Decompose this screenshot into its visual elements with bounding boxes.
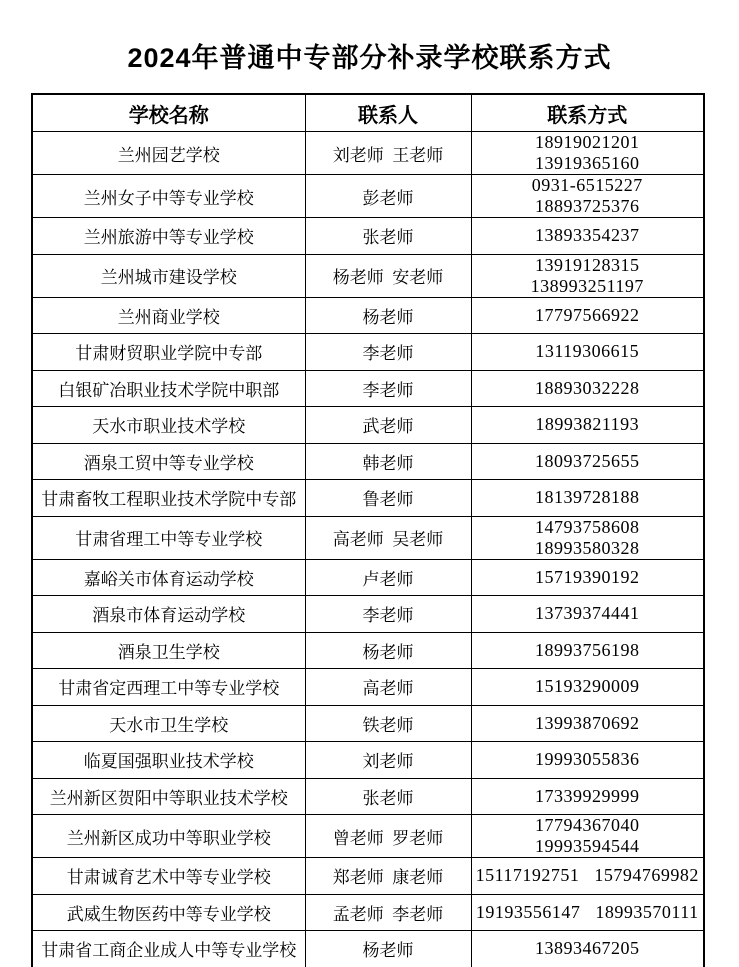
page-title: 2024年普通中专部分补录学校联系方式	[0, 36, 739, 75]
phone-cell: 13893354237	[471, 218, 704, 255]
school-cell: 甘肃诚育艺术中等专业学校	[32, 858, 305, 895]
school-cell: 甘肃财贸职业学院中专部	[32, 334, 305, 371]
phone-cell: 17794367040 19993594544	[471, 815, 704, 858]
phone-cell: 0931-6515227 18893725376	[471, 175, 704, 218]
school-cell: 天水市卫生学校	[32, 705, 305, 742]
table-row: 嘉峪关市体育运动学校 卢老师 15719390192	[32, 559, 704, 596]
school-cell: 嘉峪关市体育运动学校	[32, 559, 305, 596]
table-row: 甘肃省工商企业成人中等专业学校 杨老师 13893467205	[32, 931, 704, 967]
contact-cell: 郑老师 康老师	[305, 858, 471, 895]
column-header-school: 学校名称	[32, 94, 305, 132]
school-cell: 酒泉卫生学校	[32, 632, 305, 669]
school-cell: 酒泉工贸中等专业学校	[32, 443, 305, 480]
table-row: 酒泉卫生学校 杨老师 18993756198	[32, 632, 704, 669]
contact-cell: 刘老师 王老师	[305, 132, 471, 175]
phone-cell: 15117192751 15794769982	[471, 858, 704, 895]
table-row: 兰州女子中等专业学校 彭老师 0931-6515227 18893725376	[32, 175, 704, 218]
contact-cell: 孟老师 李老师	[305, 894, 471, 931]
table-row: 酒泉工贸中等专业学校 韩老师 18093725655	[32, 443, 704, 480]
phone-cell: 19193556147 18993570111	[471, 894, 704, 931]
table-row: 甘肃诚育艺术中等专业学校 郑老师 康老师 15117192751 1579476…	[32, 858, 704, 895]
phone-cell: 19993055836	[471, 742, 704, 779]
table-row: 甘肃省理工中等专业学校 高老师 吴老师 14793758608 18993580…	[32, 516, 704, 559]
table-row: 武威生物医药中等专业学校 孟老师 李老师 19193556147 1899357…	[32, 894, 704, 931]
phone-cell: 13119306615	[471, 334, 704, 371]
phone-cell: 13893467205	[471, 931, 704, 967]
school-cell: 兰州旅游中等专业学校	[32, 218, 305, 255]
school-cell: 兰州城市建设学校	[32, 254, 305, 297]
school-cell: 白银矿冶职业技术学院中职部	[32, 370, 305, 407]
phone-cell: 18093725655	[471, 443, 704, 480]
school-cell: 兰州新区贺阳中等职业技术学校	[32, 778, 305, 815]
phone-cell: 13739374441	[471, 596, 704, 633]
table-row: 甘肃省定西理工中等专业学校 高老师 15193290009	[32, 669, 704, 706]
table-row: 兰州新区成功中等职业学校 曾老师 罗老师 17794367040 1999359…	[32, 815, 704, 858]
school-cell: 兰州女子中等专业学校	[32, 175, 305, 218]
contact-cell: 李老师	[305, 334, 471, 371]
phone-cell: 13993870692	[471, 705, 704, 742]
phone-cell: 15719390192	[471, 559, 704, 596]
phone-cell: 15193290009	[471, 669, 704, 706]
school-cell: 酒泉市体育运动学校	[32, 596, 305, 633]
school-cell: 武威生物医药中等专业学校	[32, 894, 305, 931]
phone-cell: 18993756198	[471, 632, 704, 669]
contact-cell: 杨老师	[305, 931, 471, 967]
contact-cell: 张老师	[305, 778, 471, 815]
table-row: 兰州旅游中等专业学校 张老师 13893354237	[32, 218, 704, 255]
phone-cell: 18919021201 13919365160	[471, 132, 704, 175]
column-header-contact: 联系人	[305, 94, 471, 132]
table-row: 临夏国强职业技术学校 刘老师 19993055836	[32, 742, 704, 779]
contact-cell: 武老师	[305, 407, 471, 444]
school-cell: 临夏国强职业技术学校	[32, 742, 305, 779]
contact-cell: 李老师	[305, 596, 471, 633]
table-row: 兰州城市建设学校 杨老师 安老师 13919128315 13899325119…	[32, 254, 704, 297]
contact-cell: 彭老师	[305, 175, 471, 218]
phone-cell: 17339929999	[471, 778, 704, 815]
phone-cell: 17797566922	[471, 297, 704, 334]
table-body: 兰州园艺学校 刘老师 王老师 18919021201 13919365160 兰…	[32, 132, 704, 967]
school-cell: 甘肃畜牧工程职业技术学院中专部	[32, 480, 305, 517]
contact-cell: 鲁老师	[305, 480, 471, 517]
table-row: 兰州园艺学校 刘老师 王老师 18919021201 13919365160	[32, 132, 704, 175]
table-row: 兰州商业学校 杨老师 17797566922	[32, 297, 704, 334]
table-row: 甘肃财贸职业学院中专部 李老师 13119306615	[32, 334, 704, 371]
contact-cell: 卢老师	[305, 559, 471, 596]
contact-cell: 杨老师 安老师	[305, 254, 471, 297]
phone-cell: 18893032228	[471, 370, 704, 407]
school-cell: 兰州商业学校	[32, 297, 305, 334]
contact-cell: 李老师	[305, 370, 471, 407]
table-row: 兰州新区贺阳中等职业技术学校 张老师 17339929999	[32, 778, 704, 815]
contact-cell: 张老师	[305, 218, 471, 255]
contact-cell: 刘老师	[305, 742, 471, 779]
table-row: 甘肃畜牧工程职业技术学院中专部 鲁老师 18139728188	[32, 480, 704, 517]
school-cell: 兰州园艺学校	[32, 132, 305, 175]
phone-cell: 18139728188	[471, 480, 704, 517]
table-row: 天水市职业技术学校 武老师 18993821193	[32, 407, 704, 444]
contact-cell: 韩老师	[305, 443, 471, 480]
school-cell: 兰州新区成功中等职业学校	[32, 815, 305, 858]
table-header-row: 学校名称 联系人 联系方式	[32, 94, 704, 132]
contact-cell: 高老师	[305, 669, 471, 706]
phone-cell: 13919128315 138993251197	[471, 254, 704, 297]
school-cell: 甘肃省工商企业成人中等专业学校	[32, 931, 305, 967]
phone-cell: 18993821193	[471, 407, 704, 444]
contact-cell: 曾老师 罗老师	[305, 815, 471, 858]
table-row: 天水市卫生学校 铁老师 13993870692	[32, 705, 704, 742]
table-row: 白银矿冶职业技术学院中职部 李老师 18893032228	[32, 370, 704, 407]
contact-cell: 铁老师	[305, 705, 471, 742]
school-cell: 甘肃省理工中等专业学校	[32, 516, 305, 559]
phone-cell: 14793758608 18993580328	[471, 516, 704, 559]
document-page: 2024年普通中专部分补录学校联系方式 学校名称 联系人 联系方式 兰州园艺学校…	[0, 0, 739, 967]
contact-cell: 杨老师	[305, 297, 471, 334]
contact-table: 学校名称 联系人 联系方式 兰州园艺学校 刘老师 王老师 18919021201…	[31, 93, 705, 967]
school-cell: 甘肃省定西理工中等专业学校	[32, 669, 305, 706]
table-row: 酒泉市体育运动学校 李老师 13739374441	[32, 596, 704, 633]
contact-cell: 杨老师	[305, 632, 471, 669]
contact-cell: 高老师 吴老师	[305, 516, 471, 559]
school-cell: 天水市职业技术学校	[32, 407, 305, 444]
column-header-phone: 联系方式	[471, 94, 704, 132]
